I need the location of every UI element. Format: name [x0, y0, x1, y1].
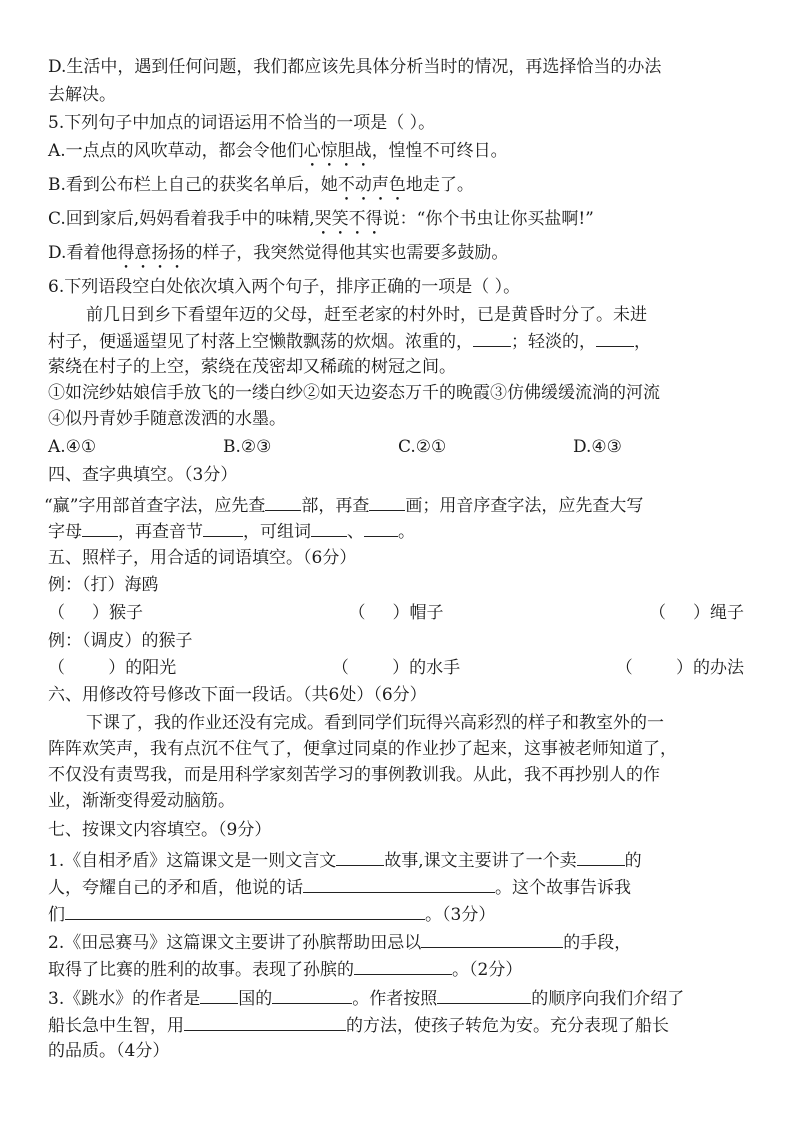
q6-para-line2-a: 村子，便遥遥望见了村落上空懒散飘荡的炊烟。浓重的，	[48, 332, 473, 352]
s7-text: 。作者按照	[352, 989, 437, 1009]
q5-c-post: 说：“你个书虫让你买盐啊!”	[383, 209, 594, 229]
s7-text: 的顺序向我们介绍了	[531, 989, 684, 1009]
seller-item-blank[interactable]	[577, 849, 625, 866]
section6-para-line3: 不仅没有责骂我，而是用科学家刻苦学习的事例教训我。从此，我不再抄别人的作	[48, 764, 660, 786]
q4-option-d-line1: D.生活中，遇到任何问题，我们都应该先具体分析当时的情况，再选择恰当的办法	[48, 56, 661, 78]
q5-stem: 5.下列句子中加点的词语运用不恰当的一项是（ ）。	[48, 112, 435, 134]
section4-text: 字母	[48, 522, 82, 542]
section5-title: 五、照样子，用合适的词语填空。（6分）	[48, 547, 356, 569]
q5-a-dotted-word: 心惊胆战	[304, 141, 372, 161]
q5-d-post: 的样子，我突然觉得他其实也需要多鼓励。	[185, 243, 508, 263]
section4-line1: “赢”字用部首查字法，应先查部，再查画；用音序查字法，应先查大写	[44, 494, 643, 517]
q5-d-dotted-word: 得意扬扬	[117, 243, 185, 263]
section5-example1: 例：（打）海鸥	[48, 574, 159, 596]
country-blank[interactable]	[200, 987, 238, 1004]
strokes-blank[interactable]	[369, 494, 405, 511]
q6-stem: 6.下列语段空白处依次填入两个句子，排序正确的一项是（ ）。	[48, 276, 520, 298]
section4-text: 。	[398, 522, 415, 542]
q5-c-dotted-word: 哭笑不得	[315, 209, 383, 229]
q5-b-pre: B.看到公布栏上自己的获奖名单后，她	[48, 175, 338, 195]
s7-text: 。（2分）	[452, 960, 522, 980]
order-blank[interactable]	[437, 987, 531, 1004]
fill-monkey[interactable]: （ ）猴子	[48, 602, 143, 624]
q6-para-line1: 前几日到乡下看望年迈的父母，赶至老家的村外时，已是黄昏时分了。未进	[48, 304, 647, 326]
section6-para-line2: 阵阵欢笑声，我有点沉不住气了，便拿过同桌的作业抄了起来，这事被老师知道了，	[48, 738, 677, 760]
section6-para-line4: 业，渐渐变得爱动脑筋。	[48, 790, 235, 812]
s7-q2-line1: 2.《田忌赛马》这篇课文主要讲了孙膑帮助田忌以的手段，	[48, 931, 631, 954]
q6-para-line3: 萦绕在村子的上空，萦绕在茂密却又稀疏的树冠之间。	[48, 356, 456, 378]
s7-text: 们	[48, 905, 65, 925]
q6-option-d[interactable]: D.④③	[573, 436, 748, 458]
q6-option-c[interactable]: C.②①	[398, 436, 573, 458]
s7-q2-line2: 取得了比赛的胜利的故事。表现了孙膑的。（2分）	[48, 958, 522, 981]
section4-text: 画；用音序查字法，应先查大写	[405, 496, 643, 516]
quality-blank[interactable]	[354, 958, 452, 975]
method-blank[interactable]	[184, 1014, 346, 1031]
q6-para-line2-c: ，	[634, 332, 651, 352]
fill-rope[interactable]: （ ）绳子	[649, 602, 744, 624]
s7-q1-line1: 1.《自相矛盾》这篇课文是一则文言文故事,课文主要讲了一个卖的	[48, 849, 642, 872]
s7-q3-line3: 的品质。（4分）	[48, 1040, 169, 1062]
q6-para-line2: 村子，便遥遥望见了村落上空懒散飘荡的炊烟。浓重的，；轻淡的，，	[48, 330, 651, 353]
q5-c-pre: C.回到家后,妈妈看着我手中的味精,	[48, 209, 315, 229]
syllable-blank[interactable]	[203, 520, 243, 537]
q6-para-line2-b: ；轻淡的，	[511, 332, 596, 352]
section5-row1: （ ）猴子 （ ）帽子 （ ）绳子	[48, 602, 744, 624]
q5-d-pre: D.看着他	[48, 243, 117, 263]
word-blank-1[interactable]	[311, 520, 347, 537]
q6-blank-2[interactable]	[596, 330, 634, 347]
s7-text: 国的	[238, 989, 272, 1009]
s7-text: 。（3分）	[425, 905, 495, 925]
section4-text: ，可组词	[243, 522, 311, 542]
section4-text: ，再查音节	[118, 522, 203, 542]
q5-a-post: ，惶惶不可终日。	[372, 141, 508, 161]
fill-sunshine[interactable]: （ ）的阳光	[48, 657, 176, 679]
q5-b-dotted-word: 不动声色	[338, 175, 406, 195]
s7-text: 人，夸耀自己的矛和盾，他说的话	[48, 878, 303, 898]
q5-option-c[interactable]: C.回到家后,妈妈看着我手中的味精,哭笑不得说：“你个书虫让你买盐啊!”	[48, 208, 594, 239]
s7-text: 1.《自相矛盾》这篇课文是一则文言文	[48, 851, 336, 871]
s7-text: 船长急中生智，用	[48, 1016, 184, 1036]
s7-text: 的	[625, 851, 642, 871]
s7-text: 故事,课文主要讲了一个卖	[384, 851, 576, 871]
fill-method[interactable]: （ ）的办法	[616, 657, 744, 679]
section4-title: 四、查字典填空。（3分）	[48, 464, 237, 486]
quote-blank[interactable]	[303, 876, 495, 893]
section5-row2: （ ）的阳光 （ ）的水手 （ ）的办法	[48, 657, 744, 679]
fill-sailor[interactable]: （ ）的水手	[332, 657, 460, 679]
s7-text: 取得了比赛的胜利的故事。表现了孙膑的	[48, 960, 354, 980]
q4-option-d-line2: 去解决。	[48, 84, 116, 106]
q6-choices-line1: ①如浣纱姑娘信手放飞的一缕白纱②如天边姿态万千的晚霞③仿佛缓缓流淌的河流	[48, 382, 660, 404]
s7-q3-line2: 船长急中生智，用的方法，使孩子转危为安。充分表现了船长	[48, 1014, 669, 1037]
section6-title: 六、用修改符号修改下面一段话。（共6处）（6分）	[48, 684, 427, 706]
fill-hat[interactable]: （ ）帽子	[348, 602, 443, 624]
lesson-blank[interactable]	[65, 903, 425, 920]
s7-text: 的方法，使孩子转危为安。充分表现了船长	[346, 1016, 669, 1036]
q5-b-post: 地走了。	[406, 175, 474, 195]
radical-blank[interactable]	[265, 494, 301, 511]
section6-para-line1: 下课了，我的作业还没有完成。看到同学们玩得兴高彩烈的样子和教室外的一	[48, 712, 664, 734]
capital-letter-blank[interactable]	[82, 520, 118, 537]
s7-text: 的手段，	[563, 933, 631, 953]
s7-text: 3.《跳水》的作者是	[48, 989, 200, 1009]
section4-line2: 字母，再查音节，可组词、。	[48, 520, 415, 543]
word-blank-2[interactable]	[364, 520, 398, 537]
q5-option-a[interactable]: A.一点点的风吹草动，都会令他们心惊胆战，惶惶不可终日。	[48, 140, 508, 171]
s7-text: 。这个故事告诉我	[495, 878, 631, 898]
q5-a-pre: A.一点点的风吹草动，都会令他们	[48, 141, 304, 161]
q6-option-a[interactable]: A.④①	[48, 436, 223, 458]
q6-choices-line2: ④似丹青妙手随意泼洒的水墨。	[48, 408, 286, 430]
s7-q1-line2: 人，夸耀自己的矛和盾，他说的话。这个故事告诉我	[48, 876, 631, 899]
section5-example2: 例：（调皮）的猴子	[48, 630, 193, 652]
s7-q1-line3: 们。（3分）	[48, 903, 495, 926]
q5-option-d[interactable]: D.看着他得意扬扬的样子，我突然觉得他其实也需要多鼓励。	[48, 242, 508, 273]
q6-option-b[interactable]: B.②③	[223, 436, 398, 458]
section4-text: “赢”字用部首查字法，应先查	[44, 496, 265, 516]
q5-option-b[interactable]: B.看到公布栏上自己的获奖名单后，她不动声色地走了。	[48, 174, 474, 205]
s7-q3-line1: 3.《跳水》的作者是国的。作者按照的顺序向我们介绍了	[48, 987, 684, 1010]
section4-text: 部，再查	[301, 496, 369, 516]
section4-text: 、	[347, 522, 364, 542]
fable-type-blank[interactable]	[336, 849, 384, 866]
q6-options: A.④①B.②③C.②①D.④③	[48, 436, 748, 458]
q6-blank-1[interactable]	[473, 330, 511, 347]
means-blank[interactable]	[421, 931, 563, 948]
s7-text: 2.《田忌赛马》这篇课文主要讲了孙膑帮助田忌以	[48, 933, 421, 953]
section7-title: 七、按课文内容填空。（9分）	[48, 819, 271, 841]
author-blank[interactable]	[272, 987, 352, 1004]
